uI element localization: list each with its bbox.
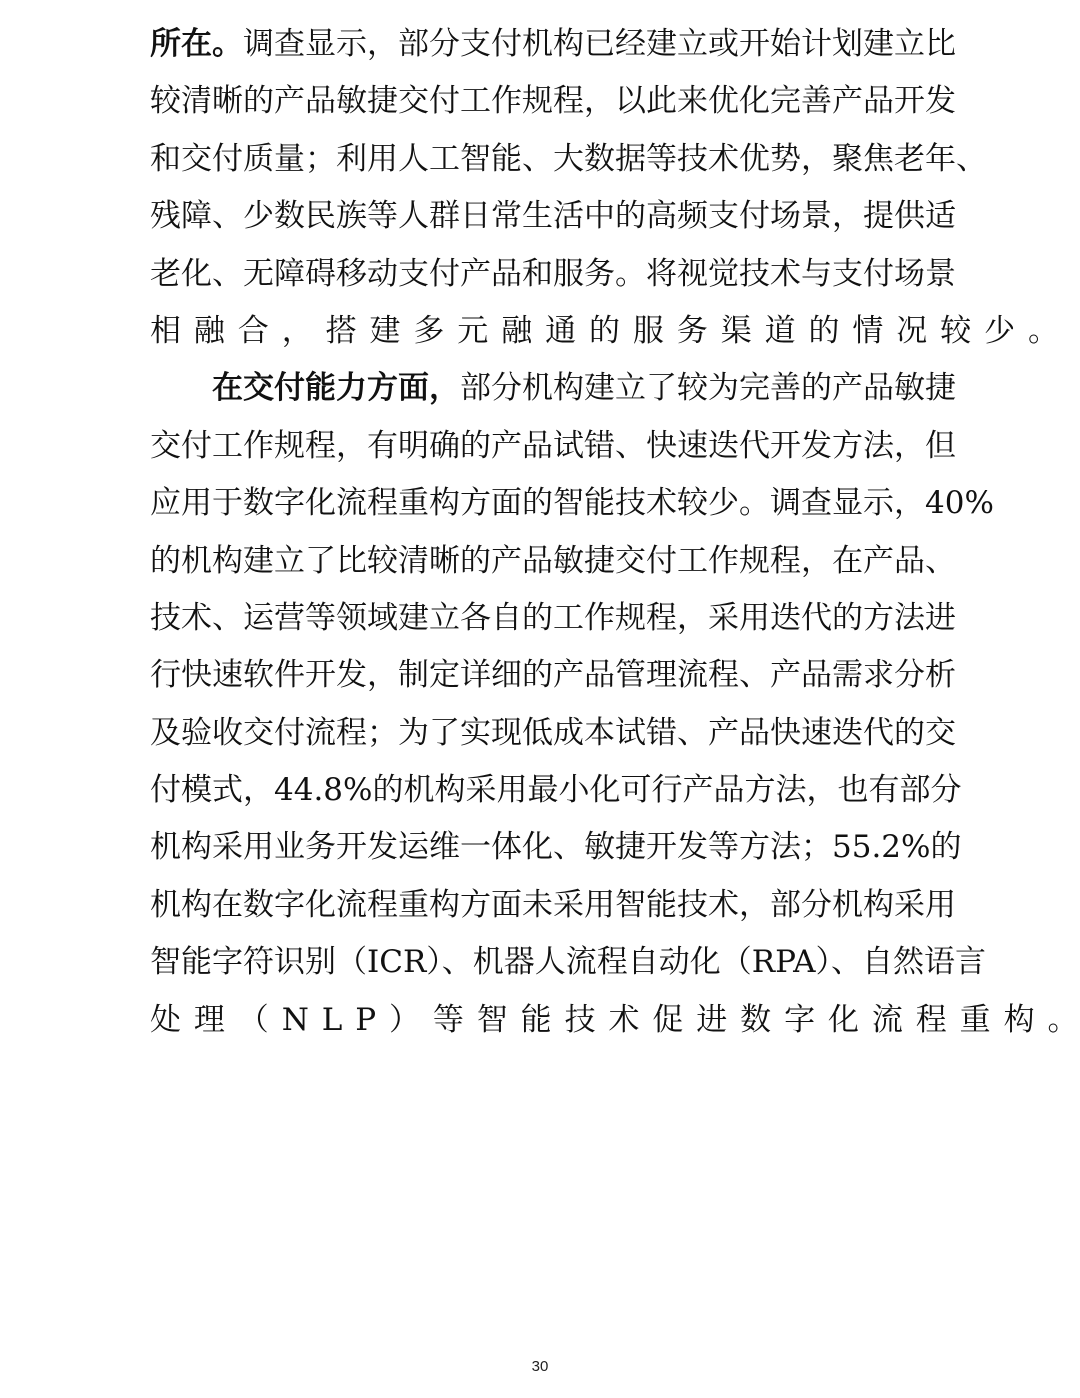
- page-number: 30: [0, 1358, 1080, 1375]
- text-line: 付模式，44.8%的机构采用最小化可行产品方法，也有部分: [150, 762, 956, 819]
- text-line: 应用于数字化流程重构方面的智能技术较少。调查显示，40%: [150, 475, 956, 532]
- text-line: 的机构建立了比较清晰的产品敏捷交付工作规程，在产品、: [150, 533, 956, 590]
- text-line: 相融合，搭建多元融通的服务渠道的情况较少。: [150, 303, 956, 360]
- paragraph-2: 在交付能力方面，部分机构建立了较为完善的产品敏捷 交付工作规程，有明确的产品试错…: [150, 360, 956, 1049]
- paragraph-1: 所在。调查显示，部分支付机构已经建立或开始计划建立比 较清晰的产品敏捷交付工作规…: [150, 16, 956, 360]
- text-line: 在交付能力方面，部分机构建立了较为完善的产品敏捷: [150, 360, 956, 417]
- line-text: 调查显示，部分支付机构已经建立或开始计划建立比: [243, 26, 956, 62]
- text-line: 交付工作规程，有明确的产品试错、快速迭代开发方法，但: [150, 418, 956, 475]
- text-line: 残障、少数民族等人群日常生活中的高频支付场景，提供适: [150, 188, 956, 245]
- document-page: 所在。调查显示，部分支付机构已经建立或开始计划建立比 较清晰的产品敏捷交付工作规…: [150, 16, 956, 1049]
- text-line: 老化、无障碍移动支付产品和服务。将视觉技术与支付场景: [150, 246, 956, 303]
- text-line: 技术、运营等领域建立各自的工作规程，采用迭代的方法进: [150, 590, 956, 647]
- text-line: 智能字符识别（ICR）、机器人流程自动化（RPA）、自然语言: [150, 934, 956, 991]
- text-line: 处理（NLP）等智能技术促进数字化流程重构。: [150, 992, 956, 1049]
- text-line: 机构在数字化流程重构方面未采用智能技术，部分机构采用: [150, 877, 956, 934]
- bold-lead-text: 所在。: [150, 26, 243, 62]
- text-line: 行快速软件开发，制定详细的产品管理流程、产品需求分析: [150, 647, 956, 704]
- text-line: 及验收交付流程；为了实现低成本试错、产品快速迭代的交: [150, 705, 956, 762]
- text-line: 较清晰的产品敏捷交付工作规程，以此来优化完善产品开发: [150, 73, 956, 130]
- text-line: 所在。调查显示，部分支付机构已经建立或开始计划建立比: [150, 16, 956, 73]
- bold-heading-text: 在交付能力方面，: [212, 370, 460, 406]
- text-line: 机构采用业务开发运维一体化、敏捷开发等方法；55.2%的: [150, 819, 956, 876]
- text-line: 和交付质量；利用人工智能、大数据等技术优势，聚焦老年、: [150, 131, 956, 188]
- line-text: 部分机构建立了较为完善的产品敏捷: [460, 370, 956, 406]
